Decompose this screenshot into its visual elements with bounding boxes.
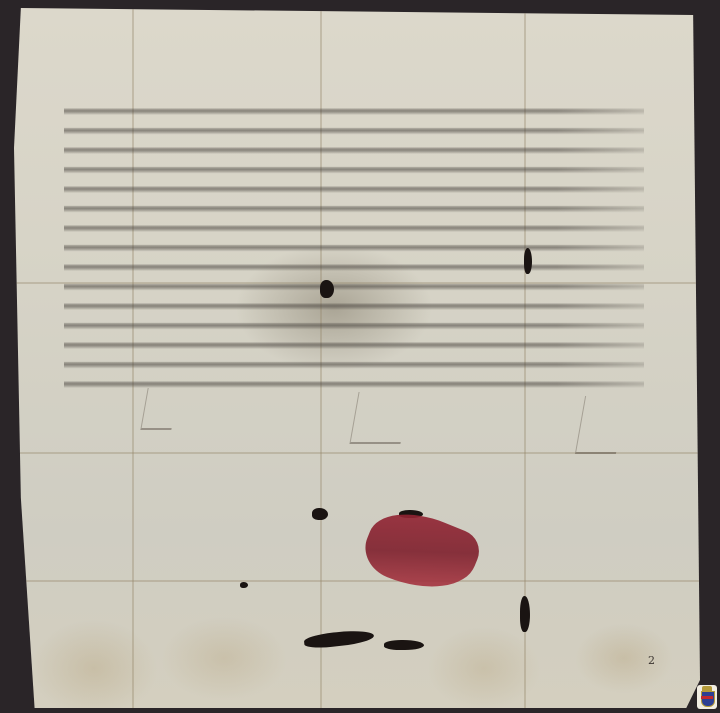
parchment-document	[14, 8, 700, 708]
signature-mark	[140, 388, 178, 430]
handwritten-text-block	[64, 100, 644, 390]
ink-blot	[520, 596, 530, 632]
page-number: 2	[648, 654, 655, 667]
ink-blot	[240, 582, 248, 588]
ink-blot	[524, 248, 532, 274]
fold-line-horizontal	[14, 580, 700, 582]
shield-icon	[701, 691, 715, 707]
signature-mark	[575, 396, 626, 454]
ink-blot	[312, 508, 328, 520]
ink-blot	[320, 280, 334, 298]
signature-mark	[349, 392, 409, 444]
emblem-band	[701, 696, 713, 699]
ink-blot	[303, 628, 374, 649]
ink-blot	[384, 640, 424, 650]
coat-of-arms-icon	[697, 685, 717, 709]
